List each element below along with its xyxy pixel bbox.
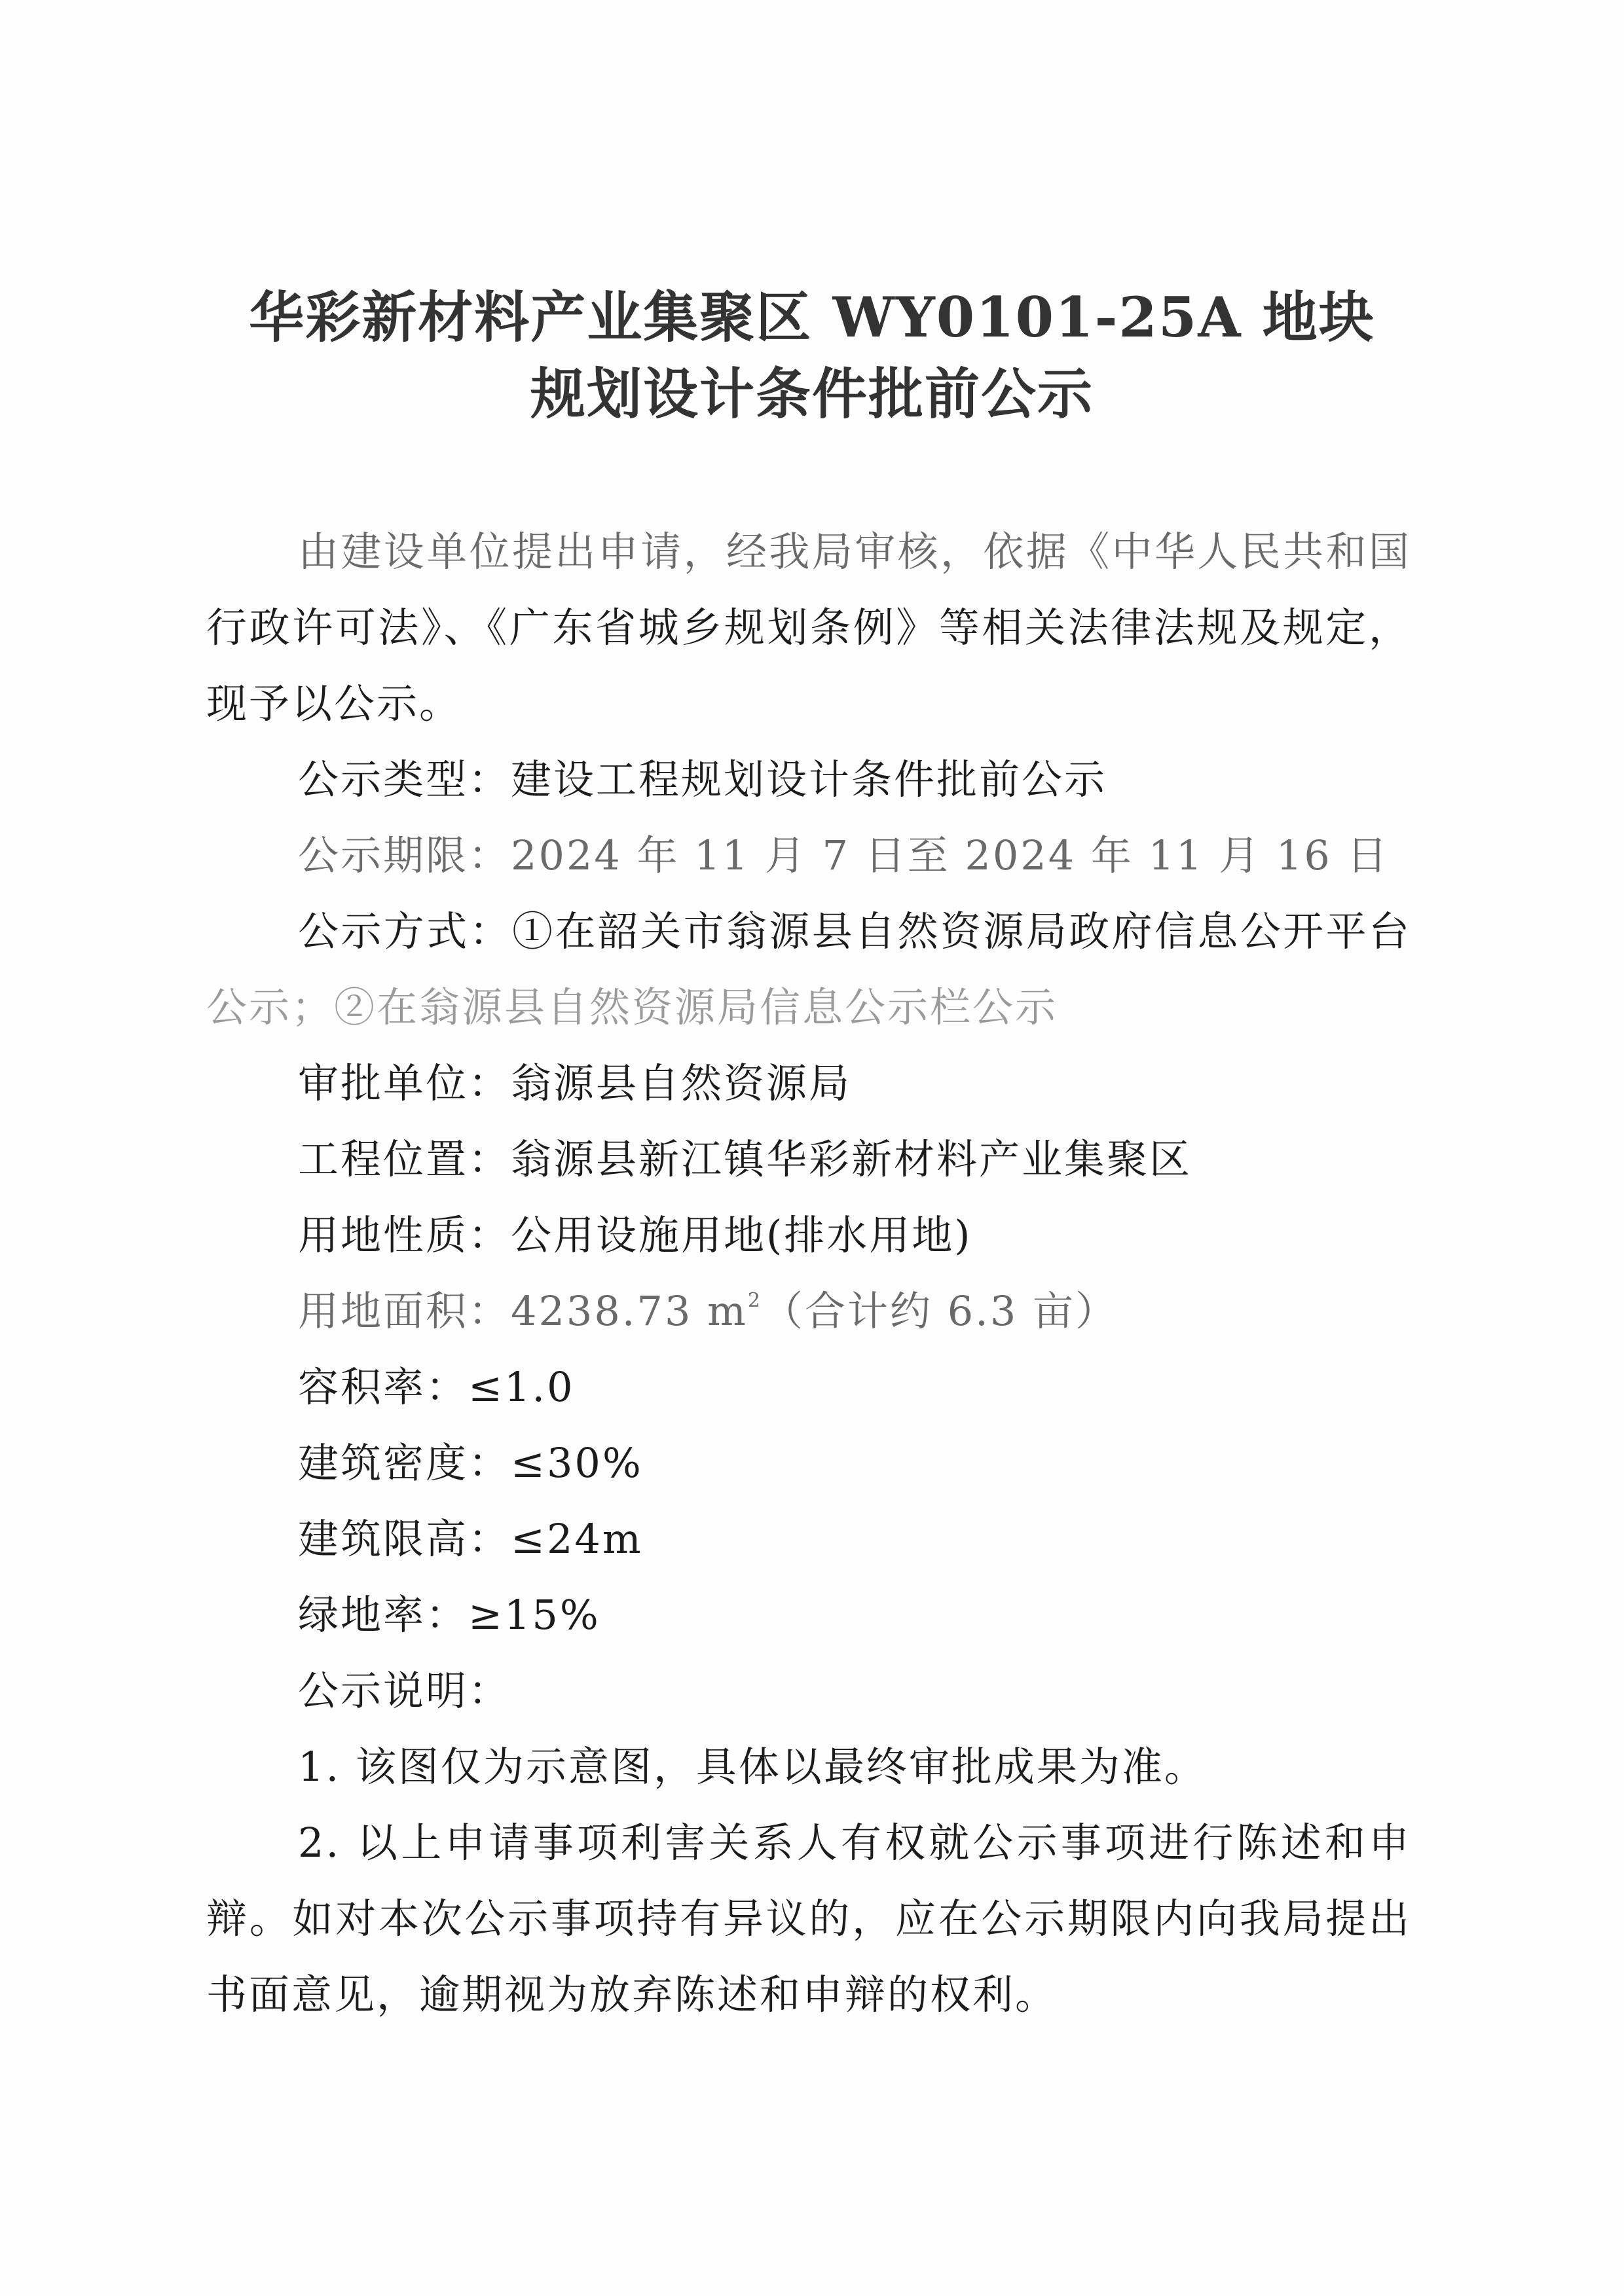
field-green-ratio: 绿地率：≥15%: [298, 1595, 600, 1635]
document-page: 华彩新材料产业集聚区 WY0101-25A 地块 规划设计条件批前公示 由建设单…: [0, 0, 1624, 2296]
field-height-limit: 建筑限高：≤24m: [298, 1519, 643, 1559]
field-notice-type: 公示类型：建设工程规划设计条件批前公示: [298, 759, 1107, 800]
intro-line-2: 行政许可法》、《广东省城乡规划条例》等相关法律法规及规定，: [206, 608, 1411, 648]
field-project-location: 工程位置：翁源县新江镇华彩新材料产业集聚区: [298, 1139, 1192, 1180]
note-item-1: 1. 该图仅为示意图，具体以最终审批成果为准。: [298, 1747, 1207, 1787]
intro-line-3: 现予以公示。: [206, 683, 462, 724]
field-building-density: 建筑密度：≤30%: [298, 1443, 643, 1484]
field-notice-period: 公示期限：2024 年 11 月 7 日至 2024 年 11 月 16 日: [298, 835, 1389, 876]
notes-heading: 公示说明：: [298, 1671, 511, 1711]
field-land-use: 用地性质：公用设施用地(排水用地): [298, 1215, 972, 1256]
note-item-2-line-2: 辩。如对本次公示事项持有异议的，应在公示期限内向我局提出: [206, 1899, 1411, 1939]
field-notice-method-line-1: 公示方式：①在韶关市翁源县自然资源局政府信息公开平台: [298, 911, 1411, 952]
field-floor-area-ratio: 容积率：≤1.0: [298, 1367, 575, 1408]
field-approver: 审批单位：翁源县自然资源局: [298, 1063, 851, 1104]
field-land-area: 用地面积：4238.73 m2（合计约 6.3 亩）: [298, 1291, 1118, 1332]
note-item-2-line-1: 2. 以上申请事项利害关系人有权就公示事项进行陈述和申: [298, 1823, 1411, 1863]
land-area-mu: （合计约 6.3 亩）: [762, 1287, 1118, 1335]
field-notice-method-line-2: 公示；②在翁源县自然资源局信息公示栏公示: [206, 987, 1058, 1028]
document-title-line-1: 华彩新材料产业集聚区 WY0101-25A 地块: [0, 274, 1624, 353]
land-area-unit-superscript: 2: [748, 1289, 762, 1312]
note-item-2-line-3: 书面意见，逾期视为放弃陈述和申辩的权利。: [206, 1975, 1058, 2015]
document-title-line-2: 规划设计条件批前公示: [0, 350, 1624, 429]
land-area-value: 用地面积：4238.73 m: [298, 1287, 748, 1335]
intro-line-1: 由建设单位提出申请，经我局审核，依据《中华人民共和国: [298, 532, 1411, 572]
